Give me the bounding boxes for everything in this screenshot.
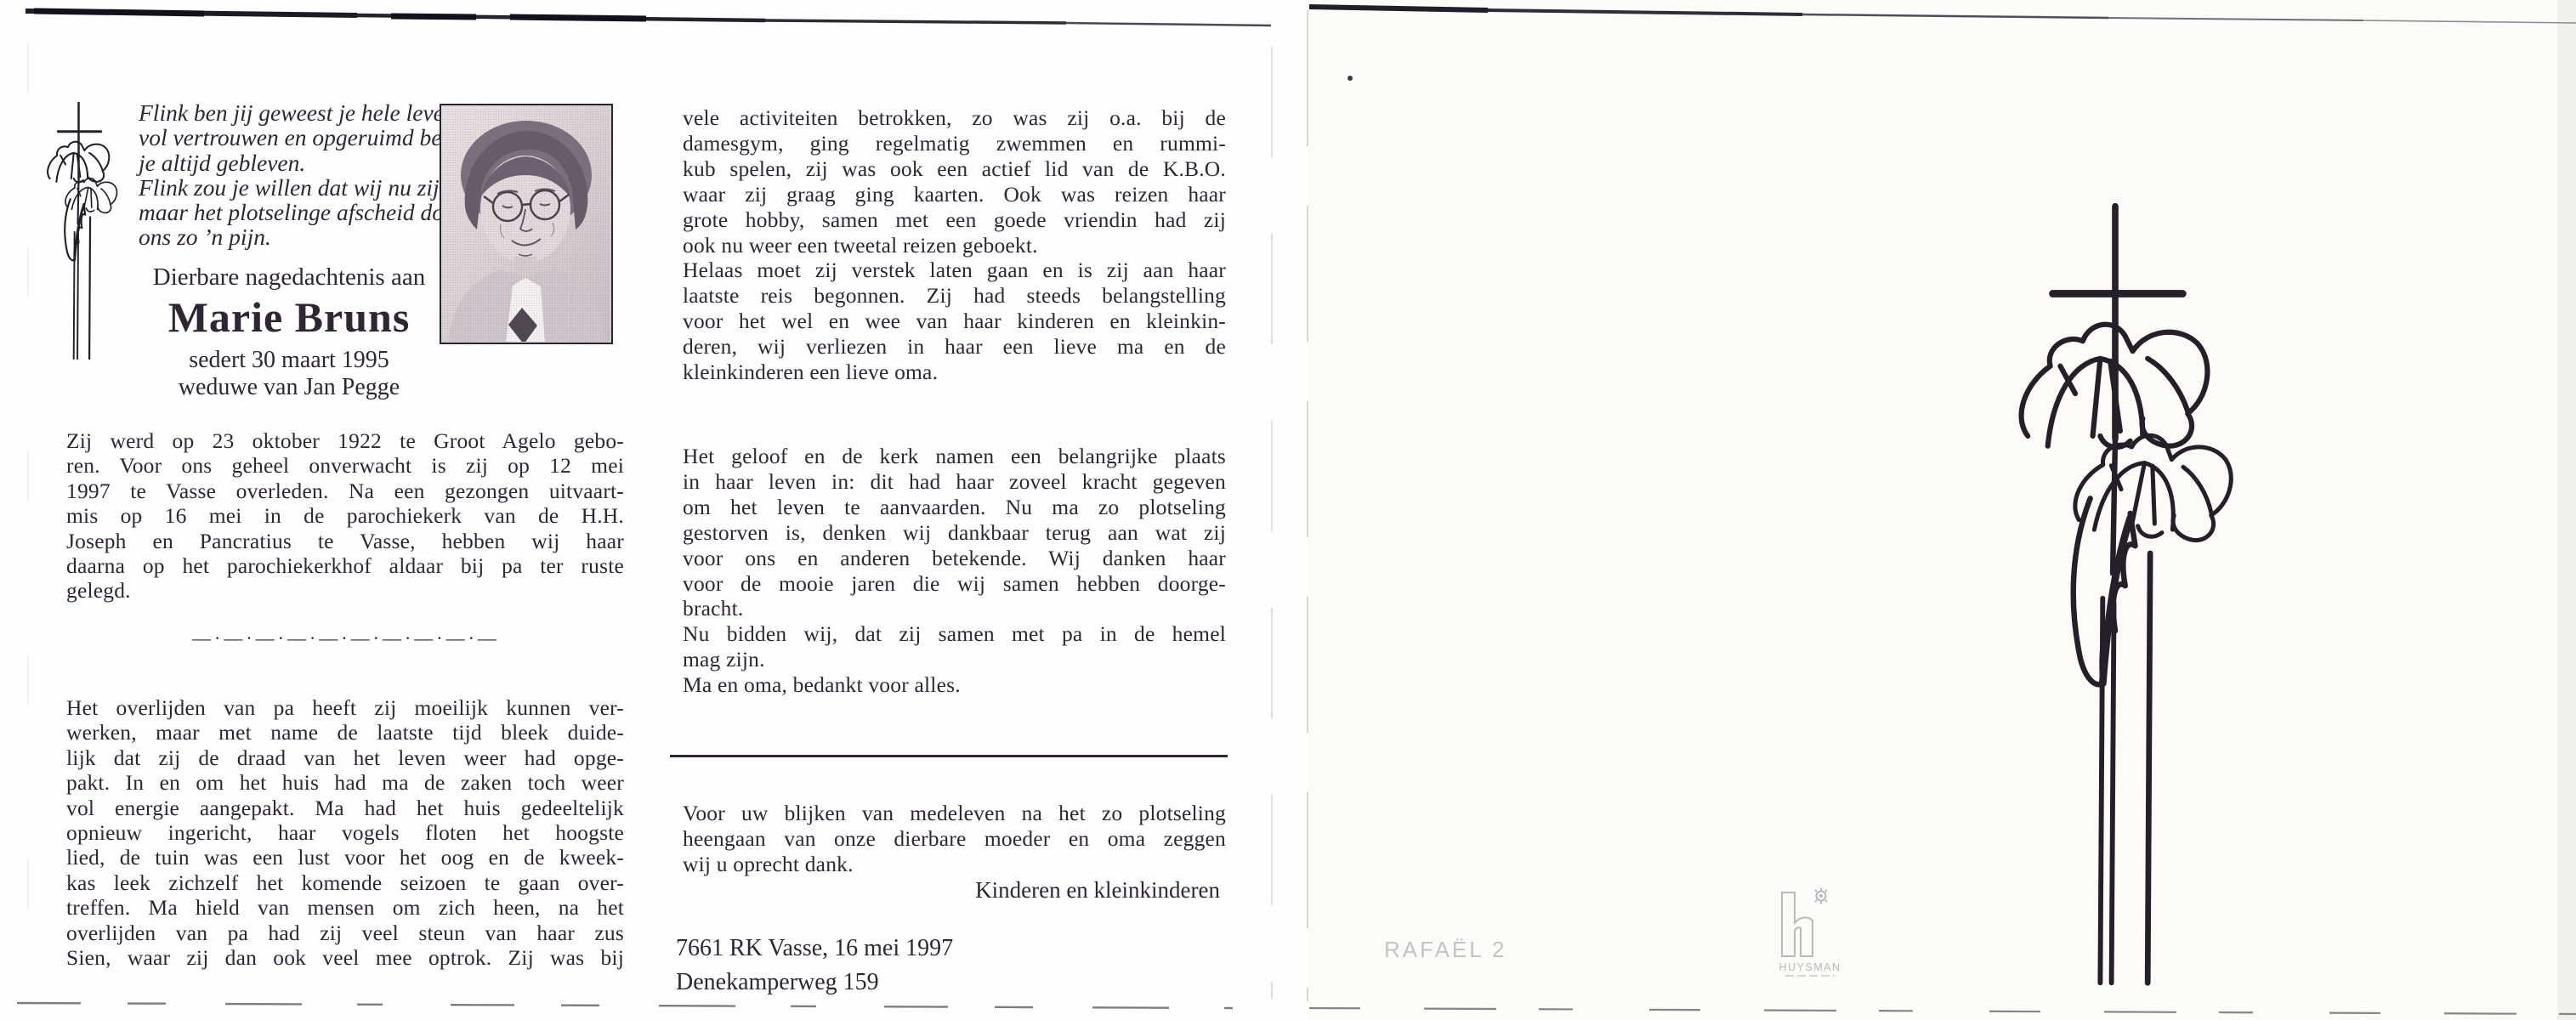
scan-artifact-bottom-line [17, 1003, 2576, 1014]
scan-artifact-top-line [26, 7, 2576, 25]
scan-artifacts-layer [0, 0, 2576, 1020]
scan-speck [1348, 76, 1353, 81]
fold-line [1272, 10, 1308, 1001]
memorial-card-scan: Flink ben jij geweest je hele leven,vol … [0, 0, 2576, 1020]
